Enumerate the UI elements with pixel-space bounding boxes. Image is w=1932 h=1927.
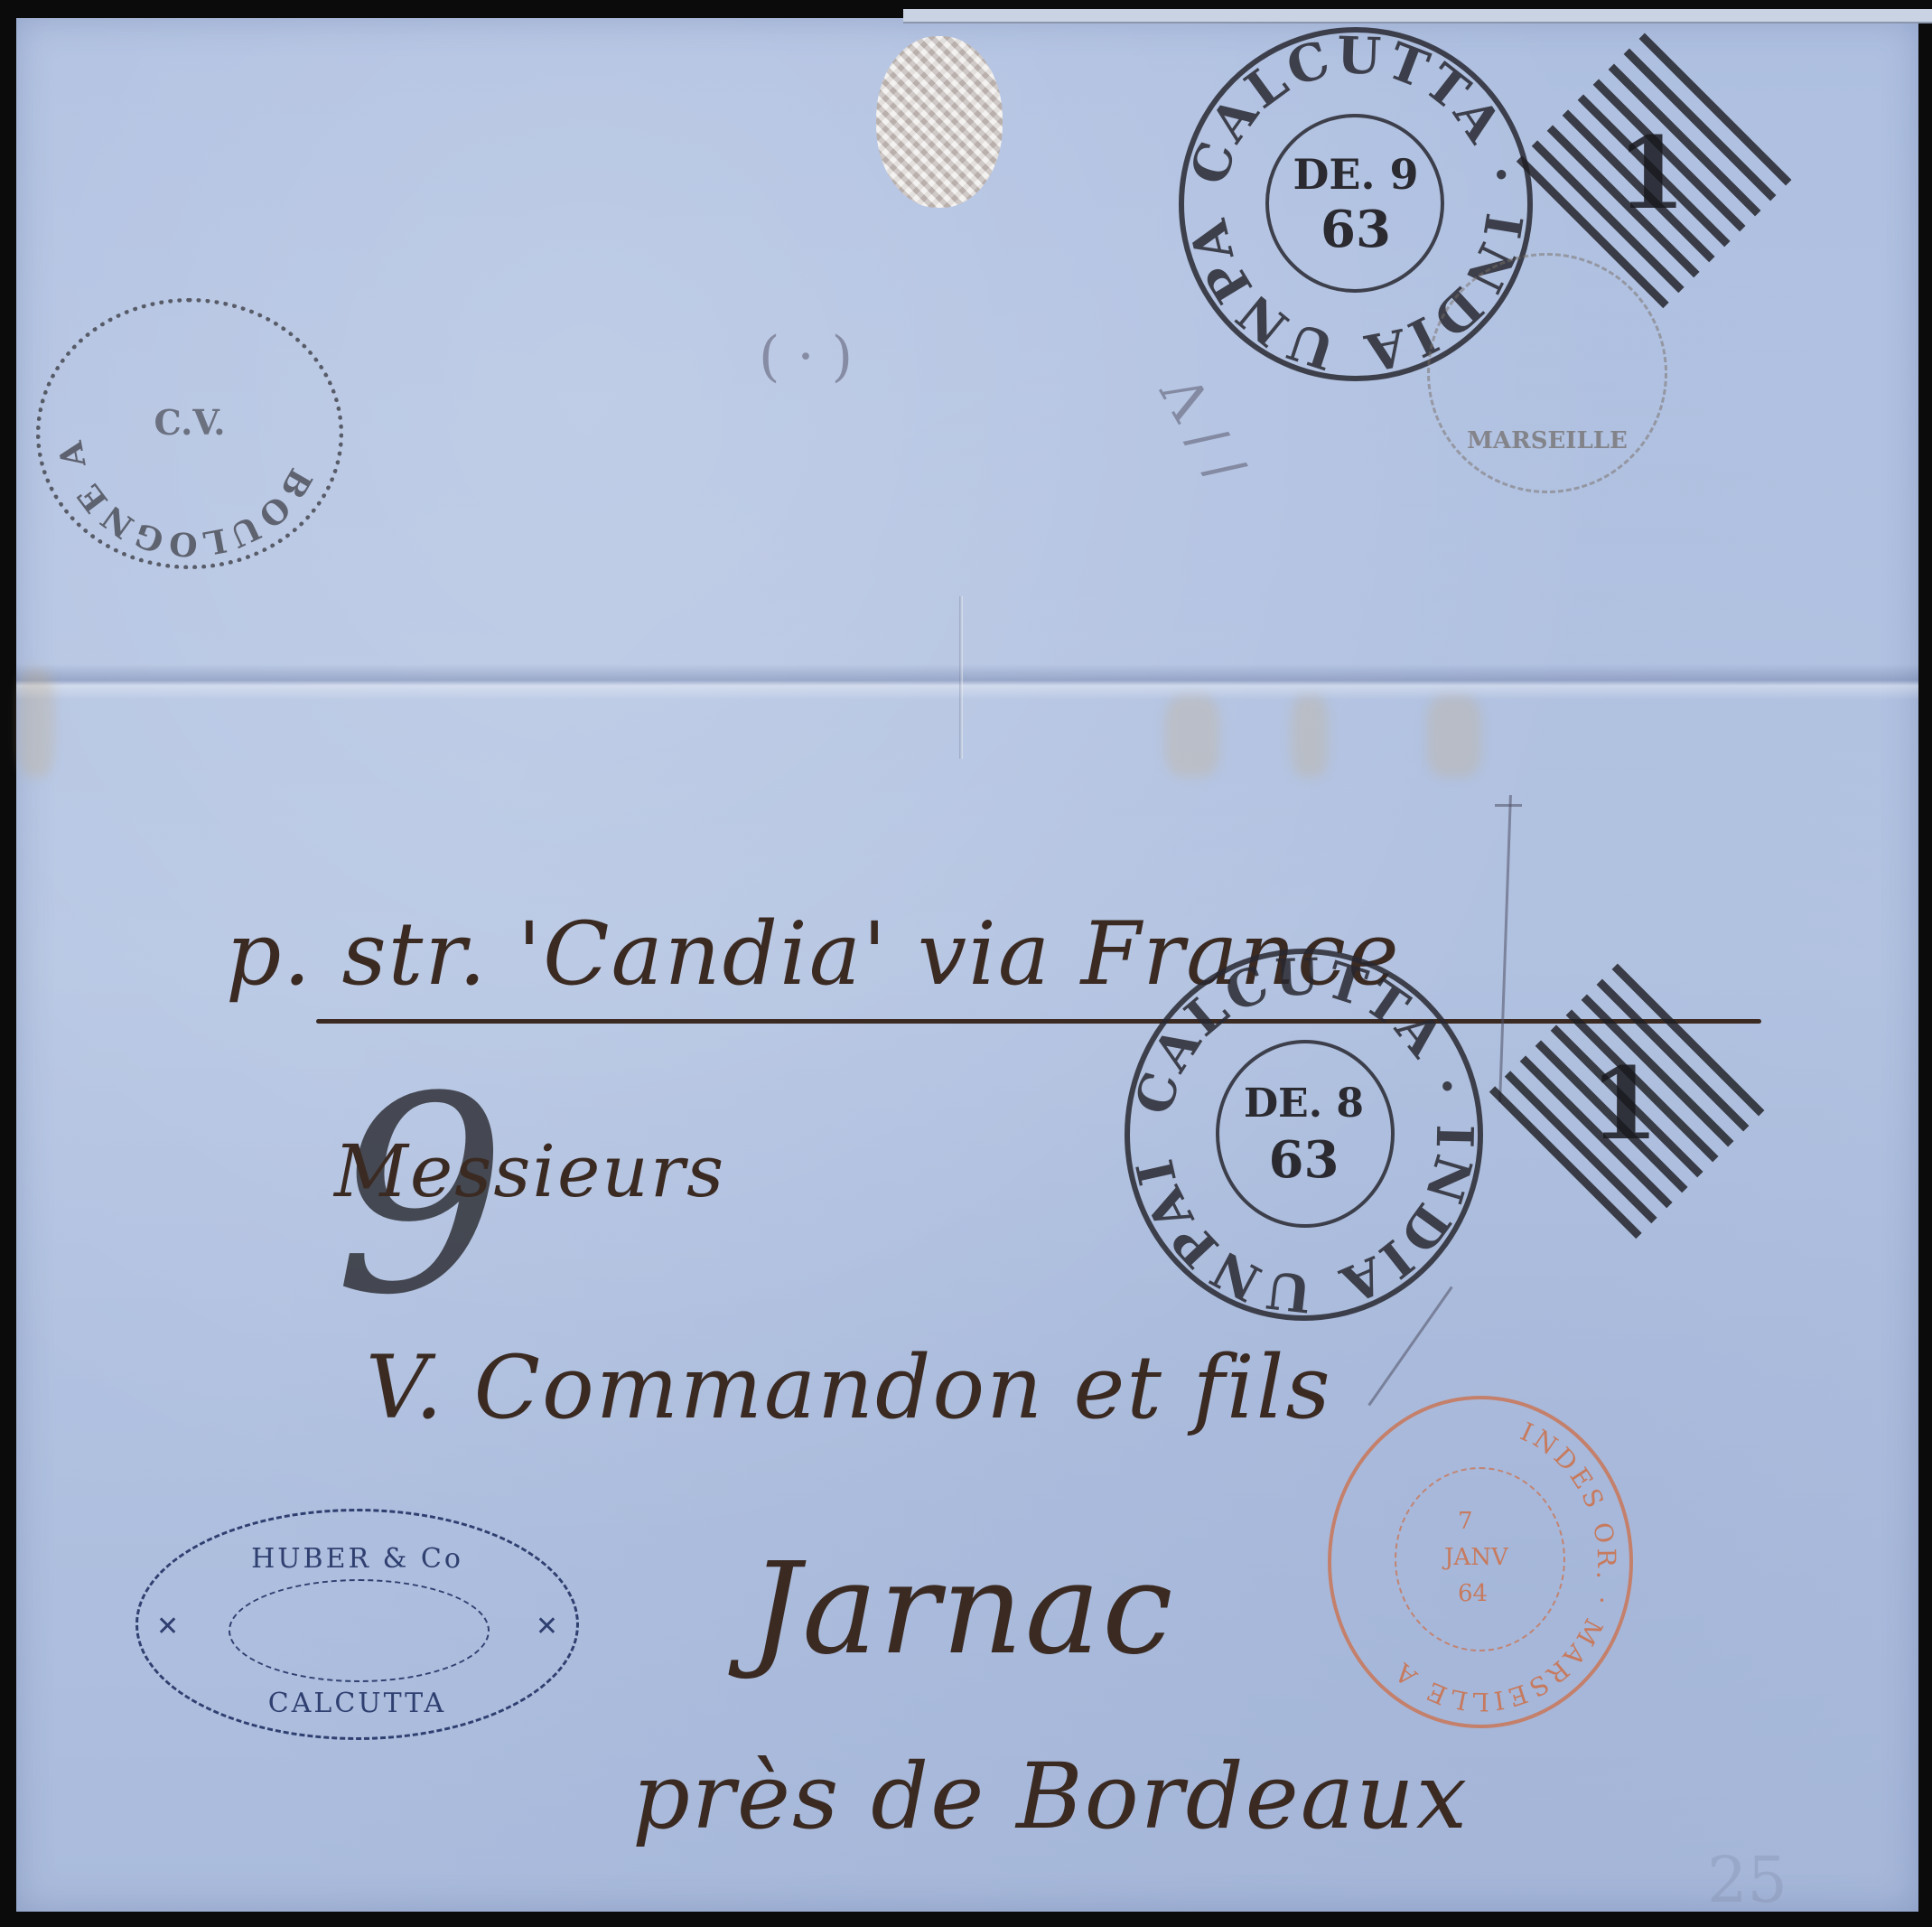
vertical-crease — [959, 596, 963, 759]
address-line-3: Jarnac — [750, 1536, 1175, 1683]
star-ornament-icon: ✕ — [536, 1611, 558, 1642]
faint-transit-postmark: MARSEILLE — [1427, 253, 1667, 493]
foxing-stain — [1427, 696, 1481, 777]
address-line-1: Messieurs — [334, 1129, 725, 1213]
star-ornament-icon: ✕ — [156, 1611, 179, 1642]
faint-postmark-ghost: ( · ) — [759, 325, 853, 388]
calcutta-postmark-front: CALCUTTA · INDIA UNPAID DE. 8 63 — [1125, 949, 1483, 1321]
postmark-year: 63 — [1184, 200, 1527, 259]
pencil-corner-note: 25 — [1707, 1843, 1787, 1917]
top-flap-edge — [903, 9, 1932, 23]
postmark-year: 63 — [1130, 1130, 1478, 1190]
postmark-date: DE. 8 — [1130, 1080, 1478, 1127]
foxing-stain — [1292, 696, 1328, 777]
obliterator-number: 1 — [1547, 115, 1755, 231]
pencil-arrow-cross — [1495, 804, 1522, 807]
underline-rule — [316, 1019, 1761, 1024]
address-line-4: près de Bordeaux — [632, 1744, 1469, 1849]
wax-seal-remnant — [876, 36, 1003, 208]
paris-transit-postmark: BOULOGNE A PARIS C.V. — [36, 298, 343, 569]
horizontal-fold — [16, 664, 1918, 700]
obliterator-number: 1 — [1520, 1045, 1728, 1162]
handstamp-company: HUBER & Co — [138, 1543, 576, 1575]
marseille-entry-postmark: INDES OR. · MARSEILLE A 7 JANV 64 — [1328, 1396, 1633, 1728]
address-line-2: V. Commandon et fils — [366, 1337, 1332, 1438]
foxing-stain — [1165, 696, 1219, 777]
handstamp-city: CALCUTTA — [138, 1688, 576, 1719]
huber-co-handstamp: HUBER & Co CALCUTTA ✕ ✕ — [135, 1509, 579, 1740]
foxing-stain — [18, 669, 54, 777]
postmark-date: DE. 9 — [1184, 150, 1527, 199]
